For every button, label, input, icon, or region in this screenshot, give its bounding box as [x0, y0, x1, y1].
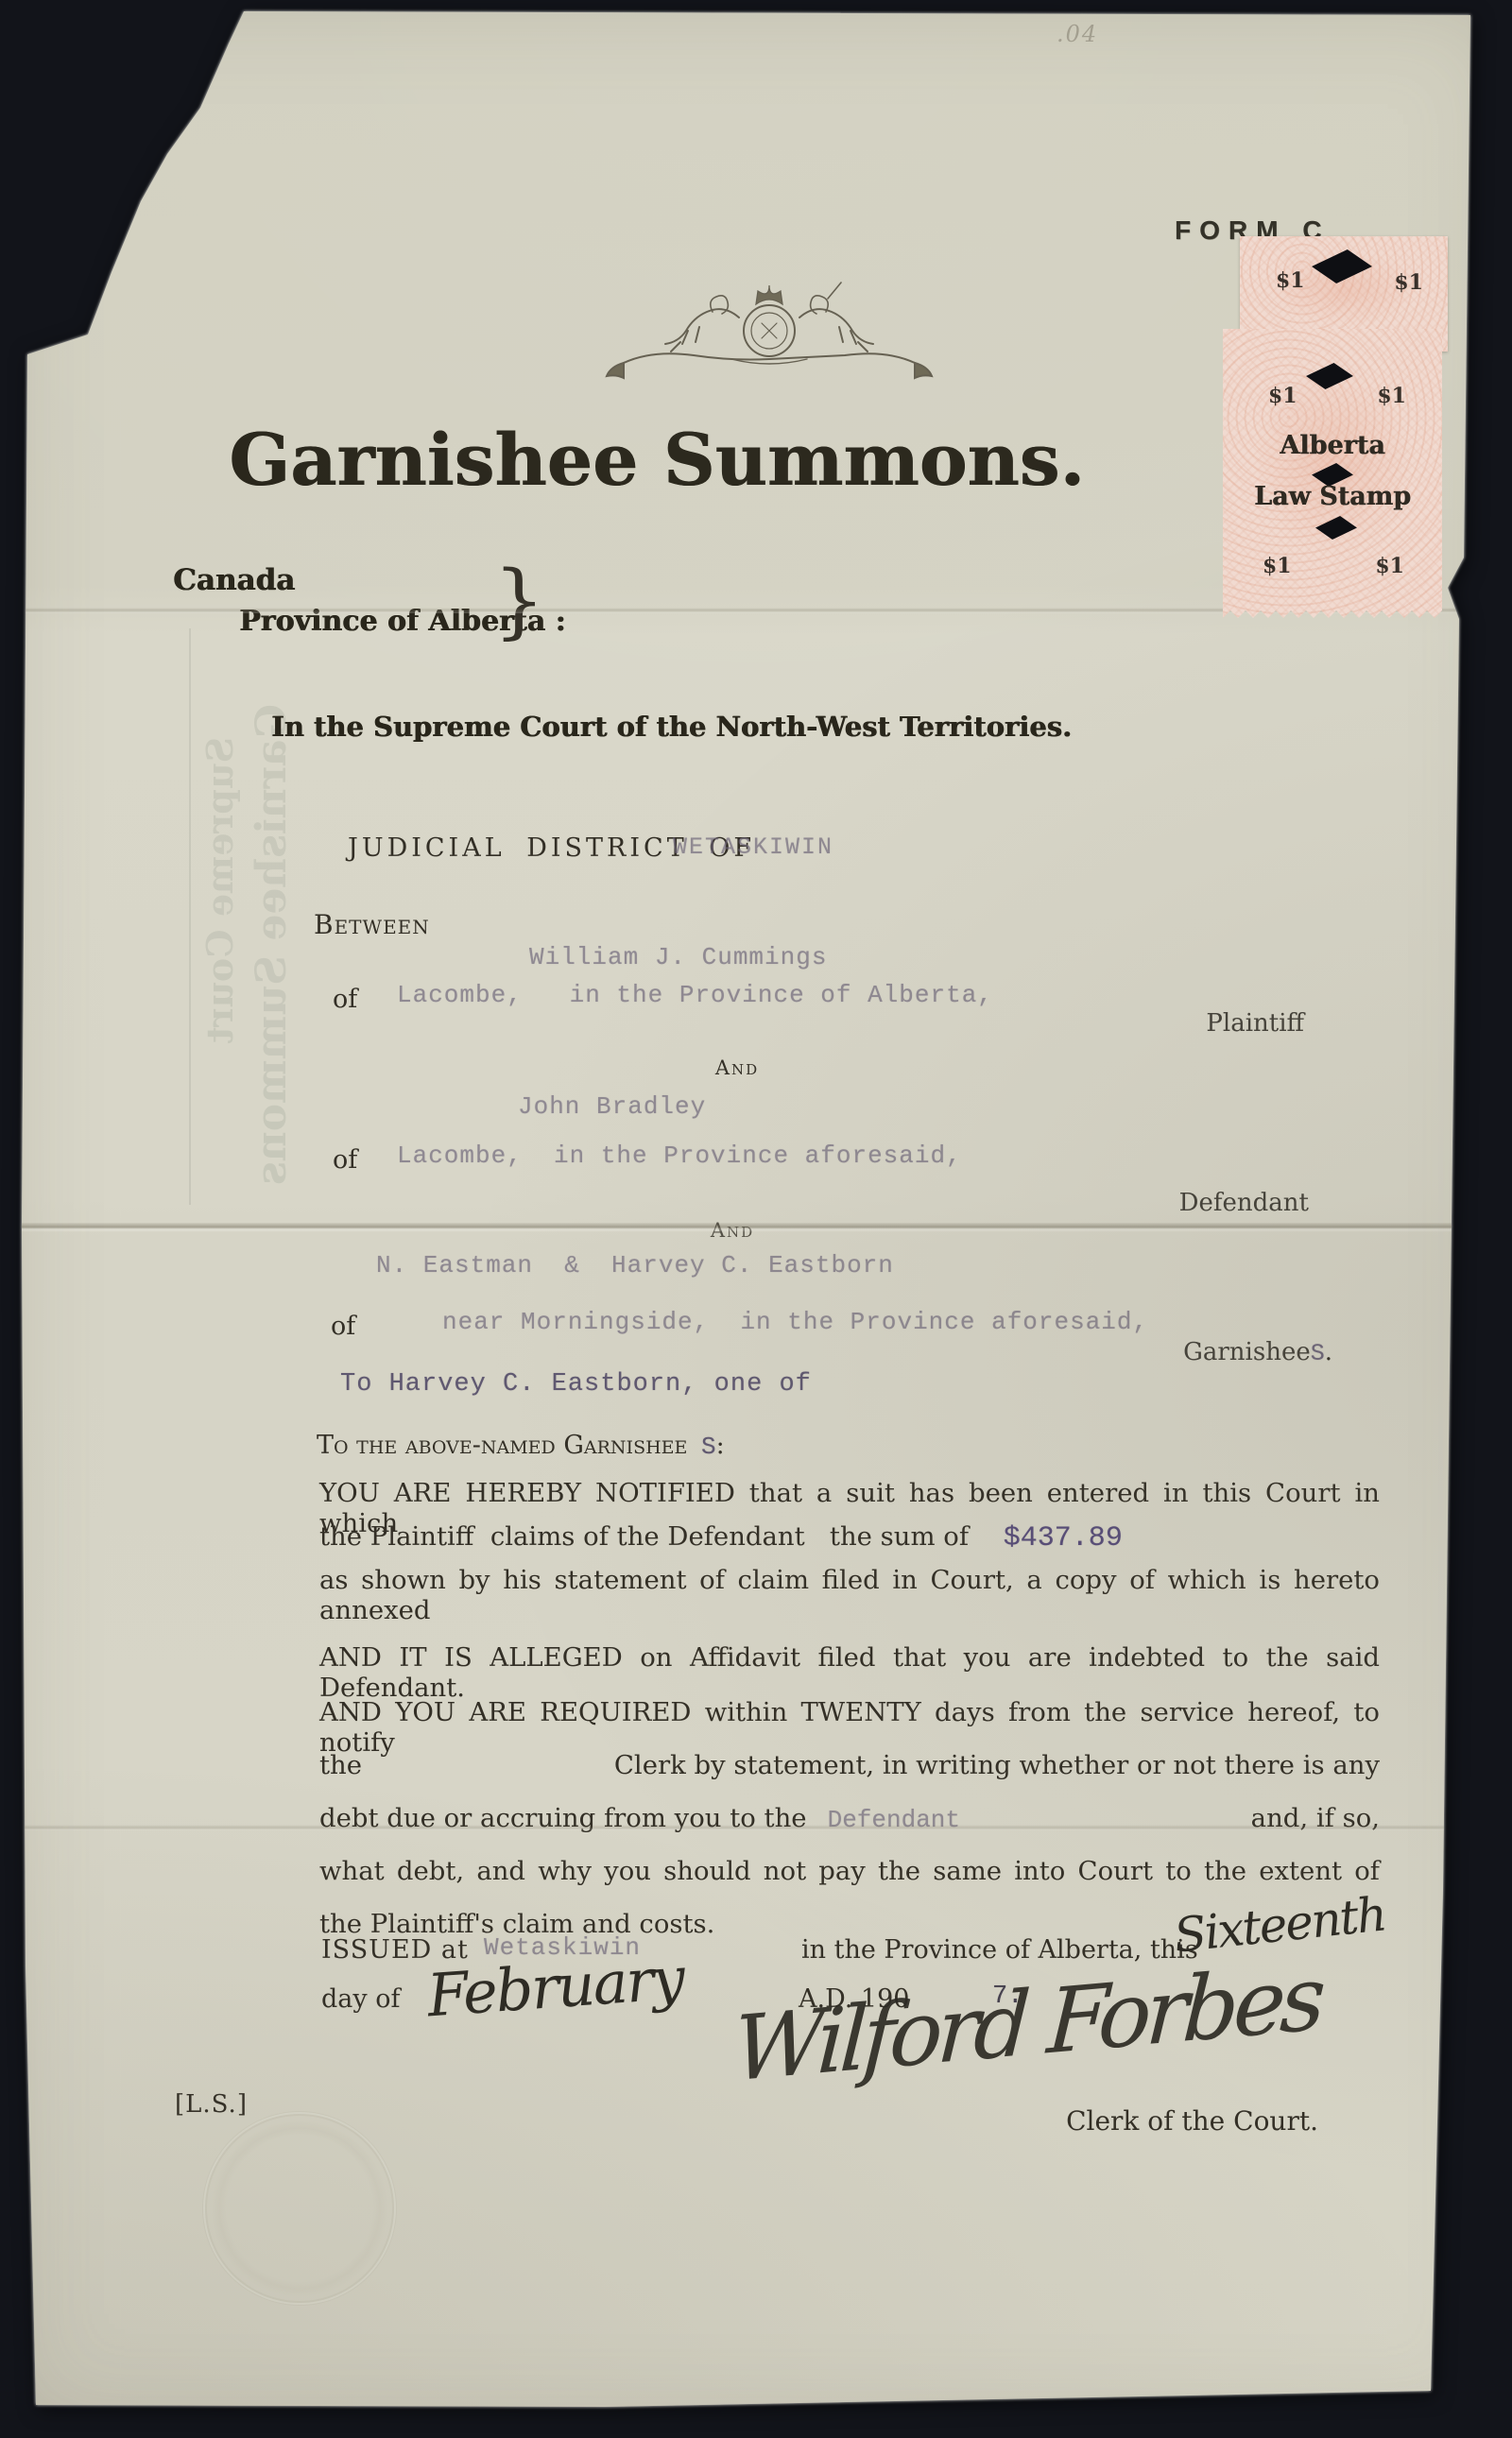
- defendant-residence: Lacombe, in the Province aforesaid,: [397, 1142, 962, 1170]
- court-heading: In the Supreme Court of the North-West T…: [271, 711, 1072, 743]
- of-label: of: [333, 985, 357, 1014]
- notified-line-3: as shown by his statement of claim filed…: [319, 1565, 1380, 1625]
- garnishee-names: N. Eastman & Harvey C. Eastborn: [376, 1251, 894, 1279]
- required-line-3-left: debt due or accruing from you to theDefe…: [319, 1803, 960, 1834]
- stamp-denomination: $1: [1276, 268, 1305, 293]
- required-line-1: AND YOU ARE REQUIRED within TWENTY days …: [319, 1697, 1380, 1758]
- clerk-signature: Wilford Forbes: [730, 1947, 1323, 2102]
- issued-province-this: in the Province of Alberta, this: [801, 1935, 1198, 1965]
- defendant-role-label: Defendant: [1172, 1189, 1309, 1217]
- plaintiff-residence: Lacombe, in the Province of Alberta,: [397, 981, 993, 1009]
- photo-of-document: Garnishee Summons Supreme Court .04 FORM…: [0, 0, 1512, 2438]
- garnishee-role-line: GarnisheeS.: [1087, 1338, 1332, 1367]
- required-line-3-text: debt due or accruing from you to the: [319, 1803, 807, 1833]
- required-line-3-typed-defendant: Defendant: [828, 1806, 960, 1834]
- stamp-denomination: $1: [1394, 270, 1423, 295]
- document-title: Garnishee Summons.: [189, 418, 1125, 502]
- showthrough-text: Garnishee Summons: [248, 704, 296, 1185]
- plaintiff-name: William J. Cummings: [529, 943, 827, 971]
- locus-sigilli-label: [L.S.]: [175, 2090, 248, 2119]
- garnishee-role-period: .: [1325, 1338, 1332, 1366]
- stamp-denomination: $1: [1263, 554, 1292, 578]
- addressee-typed-s: S: [701, 1433, 716, 1461]
- stamp-denomination: $1: [1268, 384, 1297, 408]
- stamp-denomination: $1: [1377, 384, 1406, 408]
- and-separator: And: [661, 1056, 813, 1079]
- required-line-3-right: and, if so,: [1251, 1803, 1380, 1834]
- notified-line-2: the Plaintiff claims of the Defendant th…: [319, 1521, 1380, 1554]
- punch-hole-icon: [1312, 516, 1361, 540]
- addressee-printed-text: To the above-named Garnishee: [317, 1431, 687, 1460]
- plaintiff-role-label: Plaintiff: [1172, 1009, 1304, 1038]
- garnishee-summons-form: Garnishee Summons Supreme Court .04 FORM…: [0, 0, 1512, 2438]
- required-line-2: the Clerk by statement, in writing wheth…: [319, 1750, 1380, 1780]
- required-line-3: debt due or accruing from you to theDefe…: [319, 1803, 1380, 1834]
- garnishee-role-typed-s: S: [1311, 1340, 1325, 1367]
- fold-mark: [189, 628, 191, 1205]
- claim-amount: $437.89: [1004, 1522, 1123, 1554]
- country-label: Canada: [173, 563, 295, 597]
- of-label: of: [331, 1312, 355, 1341]
- defendant-name: John Bradley: [518, 1092, 706, 1121]
- of-label: of: [333, 1145, 357, 1175]
- judicial-district-value: WETASKIWIN: [673, 833, 833, 861]
- royal-coat-of-arms: [588, 272, 952, 387]
- paper-sheet: Garnishee Summons Supreme Court .04 FORM…: [0, 0, 1512, 2438]
- required-line-2-rest: Clerk by statement, in writing whether o…: [614, 1750, 1380, 1780]
- clerk-of-court-label: Clerk of the Court.: [1039, 2105, 1318, 2137]
- alberta-law-stamp: $1 $1 Alberta Law Stamp $1 $1: [1223, 329, 1442, 624]
- garnishee-role-label: Garnishee: [1183, 1338, 1311, 1366]
- day-of-label: day of: [321, 1984, 400, 2014]
- required-line-2-the: the: [319, 1750, 362, 1780]
- brace-glyph: }: [493, 554, 545, 648]
- addressee-colon: :: [716, 1431, 725, 1460]
- addressee-typed-line: To Harvey C. Eastborn, one of: [340, 1370, 812, 1399]
- showthrough-text: Supreme Court: [198, 737, 241, 1043]
- between-label: Between: [314, 909, 430, 940]
- punch-hole-icon: [1306, 249, 1378, 283]
- punch-hole-icon: [1301, 363, 1357, 389]
- garnishee-residence: near Morningside, in the Province afores…: [442, 1308, 1148, 1336]
- embossed-seal: [203, 2112, 396, 2305]
- and-separator: And: [657, 1219, 808, 1242]
- alleged-line: AND IT IS ALLEGED on Affidavit filed tha…: [319, 1642, 1380, 1703]
- pencil-annotation: .04: [1057, 21, 1098, 47]
- stamp-denomination: $1: [1375, 554, 1404, 578]
- notified-line-2-text: the Plaintiff claims of the Defendant th…: [319, 1521, 969, 1552]
- stamp-kind-label: Law Stamp: [1223, 482, 1442, 511]
- required-line-4: what debt, and why you should not pay th…: [319, 1856, 1380, 1886]
- addressee-printed-line: To the above-named Garnishee S:: [317, 1431, 725, 1461]
- stamp-province-label: Alberta: [1223, 431, 1442, 460]
